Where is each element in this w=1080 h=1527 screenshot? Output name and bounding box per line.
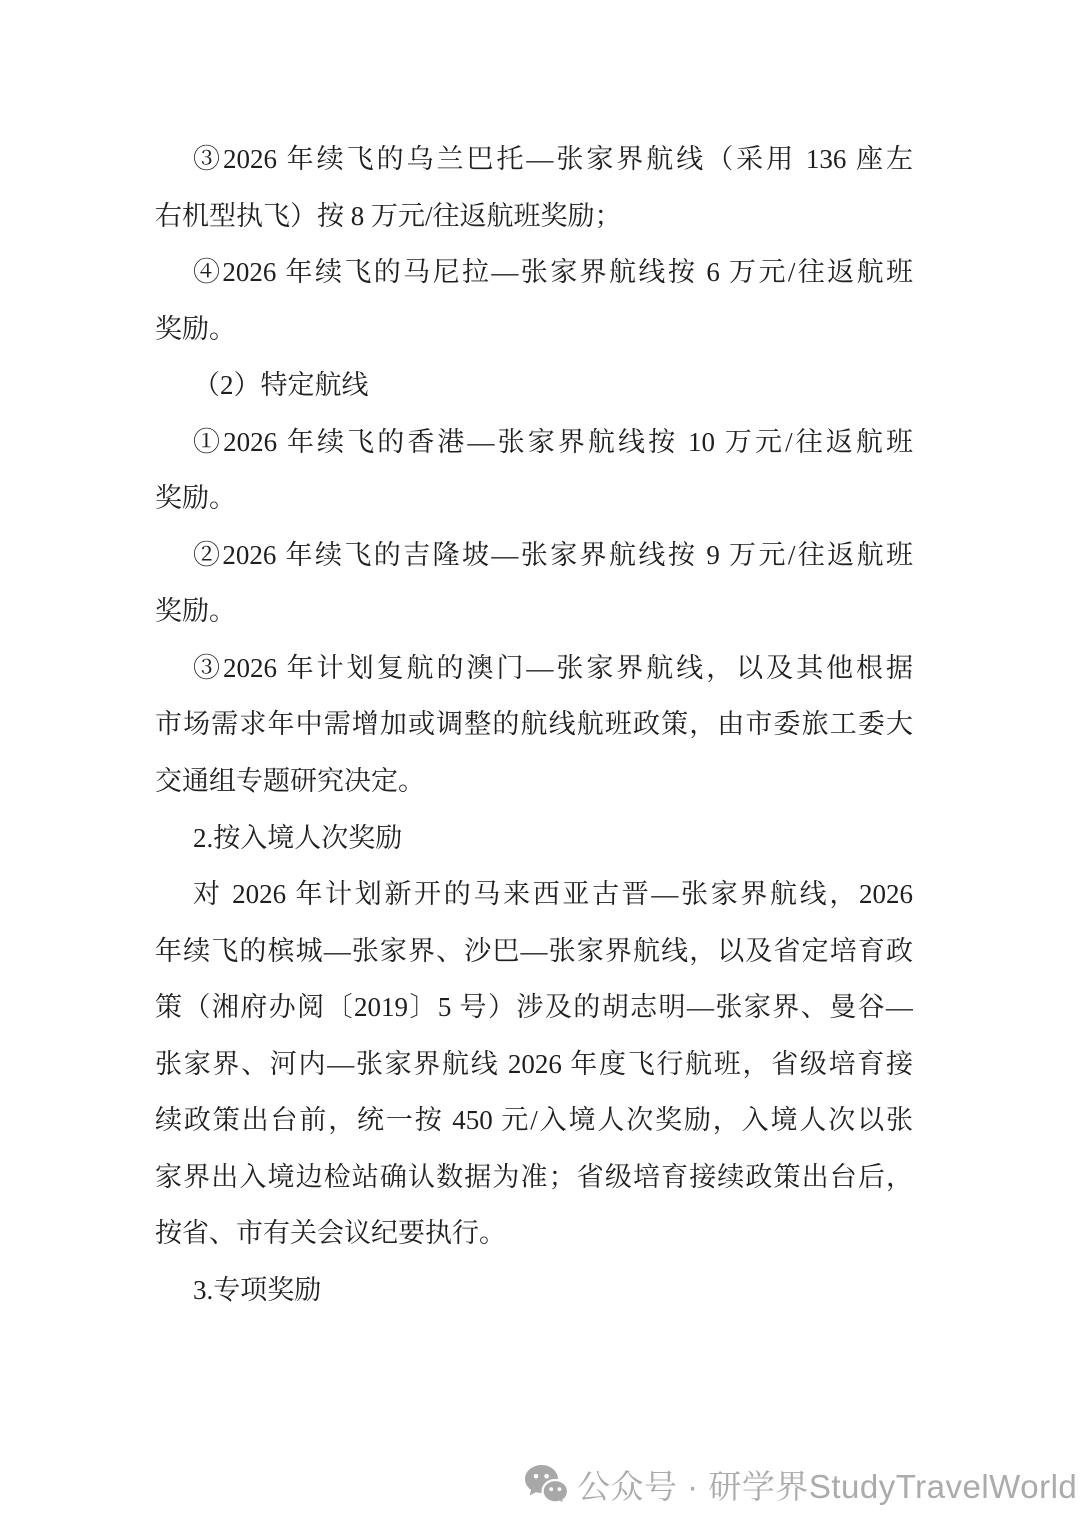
- text-line: 奖励。: [155, 470, 913, 527]
- text-line: 续政策出台前，统一按 450 元/入境人次奖励，入境人次以张: [155, 1092, 913, 1149]
- text-line: 对 2026 年计划新开的马来西亚古晋—张家界航线，2026: [155, 866, 913, 923]
- document-body: ③2026 年续飞的乌兰巴托—张家界航线（采用 136 座左 右机型执飞）按 8…: [155, 131, 913, 1318]
- text-line: 张家界、河内—张家界航线 2026 年度飞行航班，省级培育接: [155, 1036, 913, 1093]
- text-line: 家界出入境边检站确认数据为准；省级培育接续政策出台后，: [155, 1149, 913, 1206]
- text-line-heading: 3.专项奖励: [155, 1262, 913, 1319]
- text-line: ②2026 年续飞的吉隆坡—张家界航线按 9 万元/往返航班: [155, 527, 913, 584]
- text-line-heading: 2.按入境人次奖励: [155, 810, 913, 867]
- text-line: 奖励。: [155, 583, 913, 640]
- text-line: 奖励。: [155, 301, 913, 358]
- text-line: 交通组专题研究决定。: [155, 753, 913, 810]
- text-line: 策（湘府办阅〔2019〕5 号）涉及的胡志明—张家界、曼谷—: [155, 979, 913, 1036]
- text-line: ①2026 年续飞的香港—张家界航线按 10 万元/往返航班: [155, 414, 913, 471]
- wechat-watermark: 公众号 · 研学界StudyTravelWorld: [524, 1458, 1077, 1510]
- text-line: ④2026 年续飞的马尼拉—张家界航线按 6 万元/往返航班: [155, 244, 913, 301]
- text-line: 市场需求年中需增加或调整的航线航班政策，由市委旅工委大: [155, 696, 913, 753]
- text-line: ③2026 年计划复航的澳门—张家界航线，以及其他根据: [155, 640, 913, 697]
- text-line: 右机型执飞）按 8 万元/往返航班奖励；: [155, 188, 913, 245]
- text-line-heading: （2）特定航线: [155, 357, 913, 414]
- wechat-icon: [524, 1464, 568, 1505]
- text-line: ③2026 年续飞的乌兰巴托—张家界航线（采用 136 座左: [155, 131, 913, 188]
- text-line: 按省、市有关会议纪要执行。: [155, 1205, 913, 1262]
- text-line: 年续飞的槟城—张家界、沙巴—张家界航线，以及省定培育政: [155, 923, 913, 980]
- wechat-account-label: 公众号 · 研学界StudyTravelWorld: [577, 1461, 1077, 1508]
- document-page: ③2026 年续飞的乌兰巴托—张家界航线（采用 136 座左 右机型执飞）按 8…: [0, 0, 1080, 1527]
